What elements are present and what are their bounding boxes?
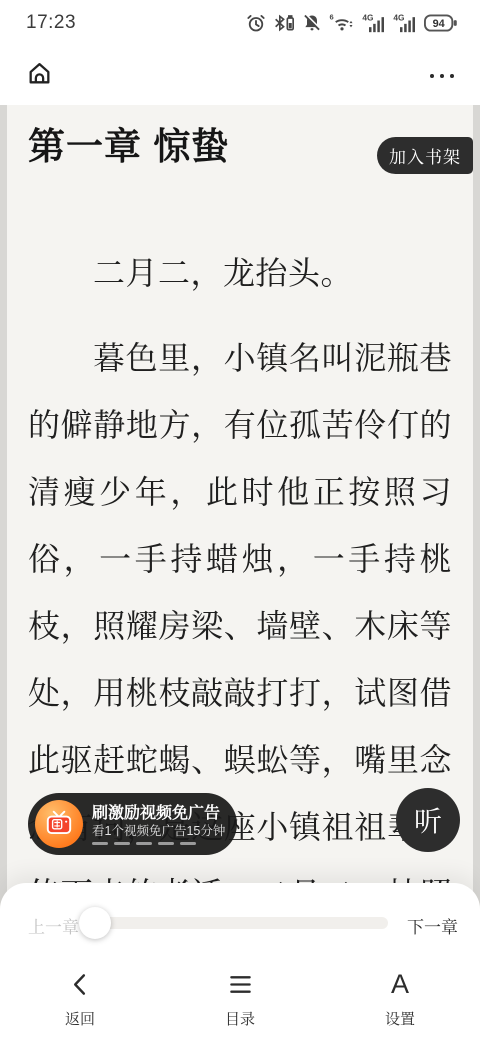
alarm-icon (246, 13, 266, 33)
chapter-progress-thumb[interactable] (79, 907, 111, 939)
body-line: 清瘦少年，此时他正按照习 (28, 459, 452, 526)
ad-progress-dashes (92, 842, 225, 845)
ad-title: 刷激励视频免广告 (92, 804, 225, 823)
body-line: 二月二，龙抬头。 (28, 240, 452, 307)
add-to-shelf-button[interactable]: 加入书架 (377, 137, 473, 174)
bottom-nav: 返回 目录 A 设置 (0, 955, 480, 1029)
svg-text:94: 94 (433, 18, 445, 30)
bluetooth-battery-icon (273, 13, 295, 33)
signal-4g-icon: 4G (362, 13, 386, 33)
body-line: 俗，一手持蜡烛，一手持桃 (28, 526, 452, 593)
reader-control-sheet: 上一章 下一章 返回 目录 A 设置 (0, 883, 480, 1058)
reward-ad-banner[interactable]: 刷激励视频免广告 看1个视频免广告15分钟 (28, 793, 237, 855)
ad-text: 刷激励视频免广告 看1个视频免广告15分钟 (92, 804, 225, 845)
clock-time: 17:23 (26, 12, 76, 34)
body-line: 暮色里，小镇名叫泥瓶巷 (28, 325, 452, 392)
svg-text:4G: 4G (362, 13, 373, 23)
nav-back-button[interactable]: 返回 (0, 955, 160, 1029)
signal-4g-icon-2: 4G (393, 13, 417, 33)
wifi-6-icon: 6 (329, 13, 355, 33)
body-line: 处，用桃枝敲敲打打，试图借 (28, 660, 452, 727)
home-button[interactable] (26, 60, 53, 92)
font-settings-icon: A (391, 971, 409, 998)
next-chapter-button[interactable]: 下一章 (407, 913, 458, 938)
reader-app-screen: 17:23 (0, 0, 480, 1058)
previous-chapter-button[interactable]: 上一章 (28, 913, 79, 938)
top-bar (0, 46, 480, 105)
nav-settings-button[interactable]: A 设置 (320, 955, 480, 1029)
body-line: 枝，照耀房梁、墙壁、木床等 (28, 593, 452, 660)
body-line: 此驱赶蛇蝎、蜈蚣等，嘴里念 (28, 727, 452, 794)
battery-icon: 94 (424, 13, 458, 33)
status-icons: 6 4G 4G (246, 13, 458, 33)
notifications-off-icon (302, 13, 322, 33)
listen-button[interactable]: 听 (396, 788, 460, 852)
more-menu-button[interactable] (430, 66, 454, 86)
nav-toc-label: 目录 (225, 1008, 255, 1029)
svg-text:6: 6 (330, 13, 334, 22)
nav-back-label: 返回 (65, 1008, 95, 1029)
body-line: 的僻静地方，有位孤苦伶仃的 (28, 392, 452, 459)
chevron-left-icon (68, 971, 93, 998)
nav-settings-label: 设置 (385, 1008, 415, 1029)
ad-tv-icon (35, 800, 83, 848)
menu-lines-icon (228, 971, 253, 998)
chapter-progress-track[interactable] (82, 917, 388, 929)
chapter-title: 第一章 惊蛰 (28, 116, 229, 170)
status-bar: 17:23 (0, 0, 480, 46)
svg-text:4G: 4G (393, 13, 404, 23)
ad-subtitle: 看1个视频免广告15分钟 (92, 823, 225, 839)
nav-toc-button[interactable]: 目录 (160, 955, 320, 1029)
